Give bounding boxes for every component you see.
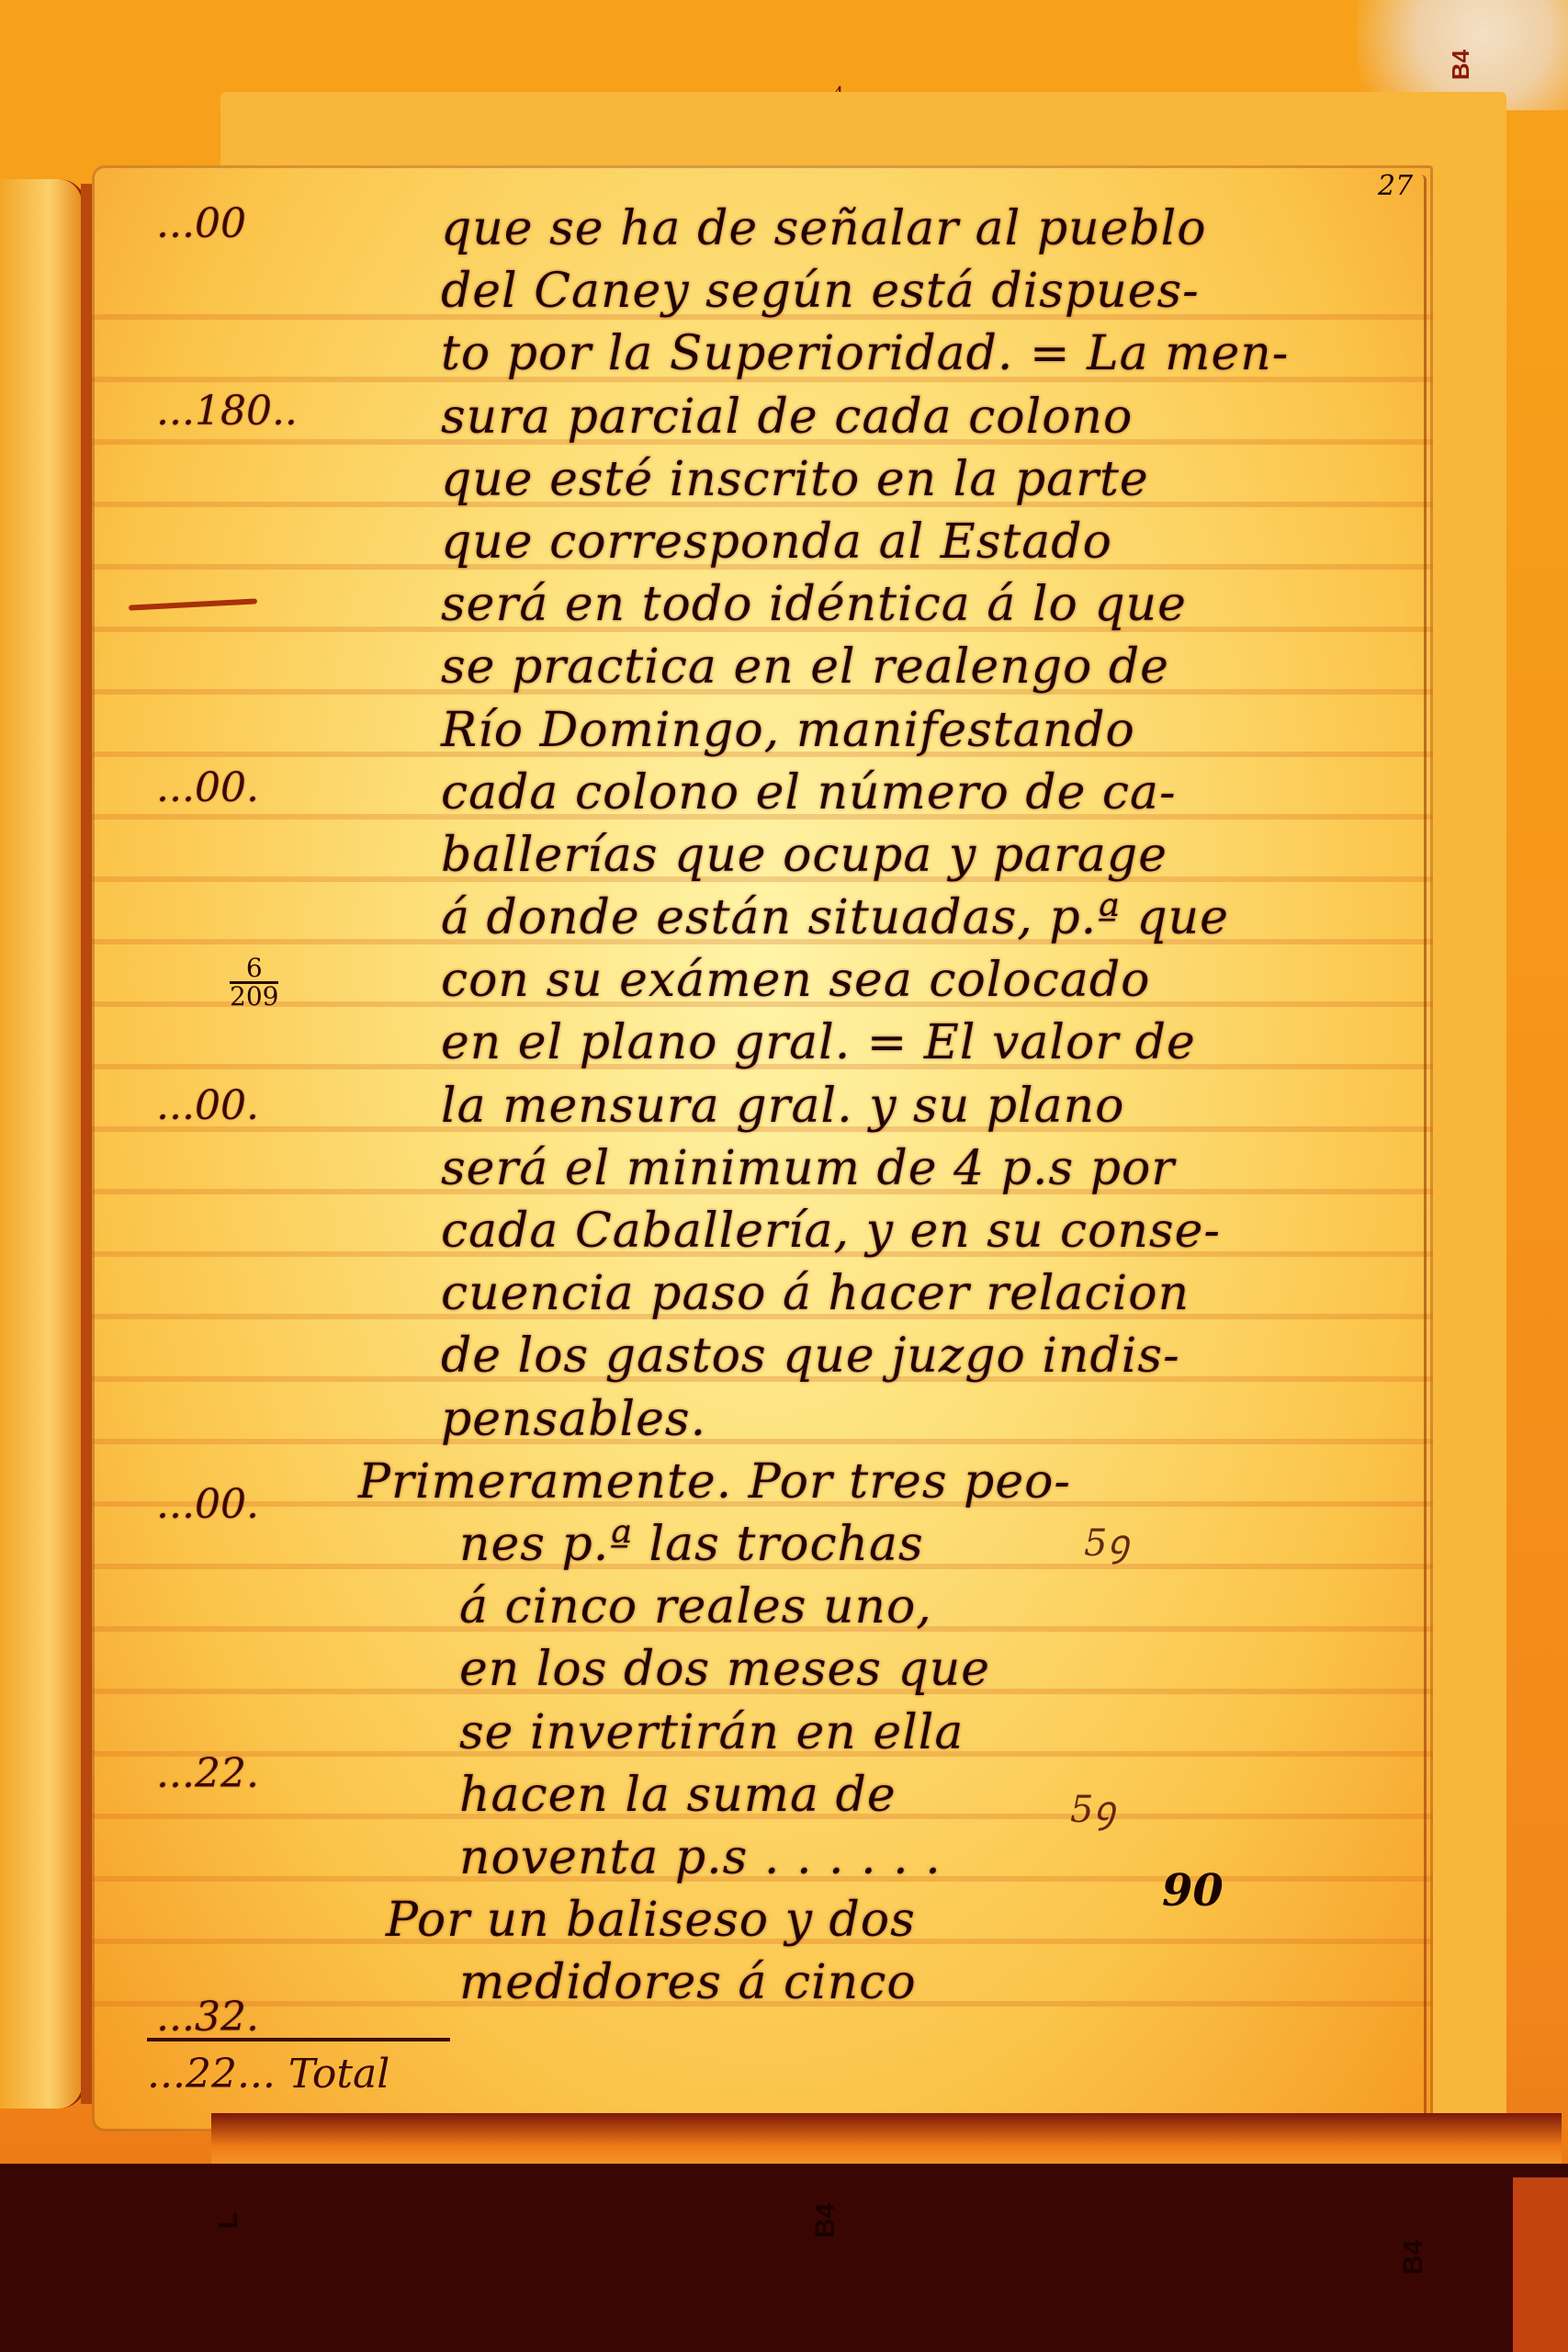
itemized-line: medidores á cinco	[441, 1951, 1415, 2014]
margin-underline	[147, 2038, 450, 2041]
itemized-line: noventa p.s . . . . . .	[441, 1826, 1415, 1889]
text-line: cuencia paso á hacer relacion	[441, 1262, 1415, 1325]
subtotal-amount: 90	[1162, 1865, 1224, 1917]
itemized-line: se invertirán en ella	[441, 1702, 1415, 1764]
itemized-line: á cinco reales uno,	[441, 1576, 1415, 1638]
margin-amount: ...00.	[156, 1481, 259, 1528]
itemized-line: hacen la suma de	[441, 1764, 1415, 1826]
text-line: del Caney según está dispues-	[441, 260, 1415, 322]
text-line: será en todo idéntica á lo que	[441, 573, 1415, 636]
text-line: cada Caballería, y en su conse-	[441, 1200, 1415, 1262]
dark-background-right	[1513, 2177, 1568, 2352]
margin-amount: ...180..	[156, 388, 298, 435]
right-annotation: 5ꝯ	[1084, 1516, 1129, 1566]
page-bottom-edge	[211, 2113, 1562, 2168]
text-line: to por la Superioridad. = La men-	[441, 322, 1415, 385]
text-line: de los gastos que juzgo indis-	[441, 1325, 1415, 1387]
text-line: sura parcial de cada colono	[441, 386, 1415, 448]
dark-background	[0, 2164, 1568, 2352]
previous-page-edge	[0, 179, 86, 2109]
fraction-denominator: 209	[230, 984, 278, 1010]
text-line: en el plano gral. = El valor de	[441, 1012, 1415, 1074]
itemized-line: Por un baliseso y dos	[386, 1889, 1415, 1951]
margin-amount: ...00.	[156, 1082, 259, 1129]
margin-amount: ...00	[156, 200, 246, 247]
text-line: ballerías que ocupa y parage	[441, 824, 1415, 887]
text-line: que corresponda al Estado	[441, 511, 1415, 573]
bottom-stamp: B4	[1398, 2240, 1429, 2275]
margin-fraction: 6 209	[230, 955, 278, 1010]
manuscript-body: que se ha de señalar al pueblo del Caney…	[441, 198, 1415, 2014]
archive-label: B4	[1447, 50, 1475, 80]
text-line: que se ha de señalar al pueblo	[441, 198, 1415, 260]
itemized-line: en los dos meses que	[441, 1638, 1415, 1701]
fraction-numerator: 6	[230, 955, 278, 984]
total-line: ...22... Total	[147, 2051, 389, 2098]
margin-amount: ...22.	[156, 1750, 259, 1797]
itemized-line: Primeramente. Por tres peo-	[358, 1451, 1415, 1513]
right-annotation: 5ꝯ	[1070, 1782, 1115, 1833]
bottom-stamp: L	[213, 2212, 244, 2229]
text-line: Río Domingo, manifestando	[441, 699, 1415, 762]
margin-amount: ...00.	[156, 764, 259, 811]
text-line: que esté inscrito en la parte	[441, 448, 1415, 511]
text-line: cada colono el número de ca-	[441, 762, 1415, 824]
text-line: será el minimum de 4 p.s por	[441, 1137, 1415, 1200]
text-line: la mensura gral. y su plano	[441, 1075, 1415, 1137]
text-line: con su exámen sea colocado	[441, 949, 1415, 1012]
itemized-line: nes p.ª las trochas	[441, 1513, 1415, 1576]
scanned-manuscript-page: B4 4 27 que se ha de señalar al pueblo d…	[0, 0, 1568, 2352]
margin-amount: ...32.	[156, 1994, 259, 2041]
text-line: pensables.	[441, 1388, 1415, 1451]
text-line: á donde están situadas, p.ª que	[441, 887, 1415, 949]
bottom-stamp: B4	[810, 2203, 841, 2238]
text-line: se practica en el realengo de	[441, 636, 1415, 698]
